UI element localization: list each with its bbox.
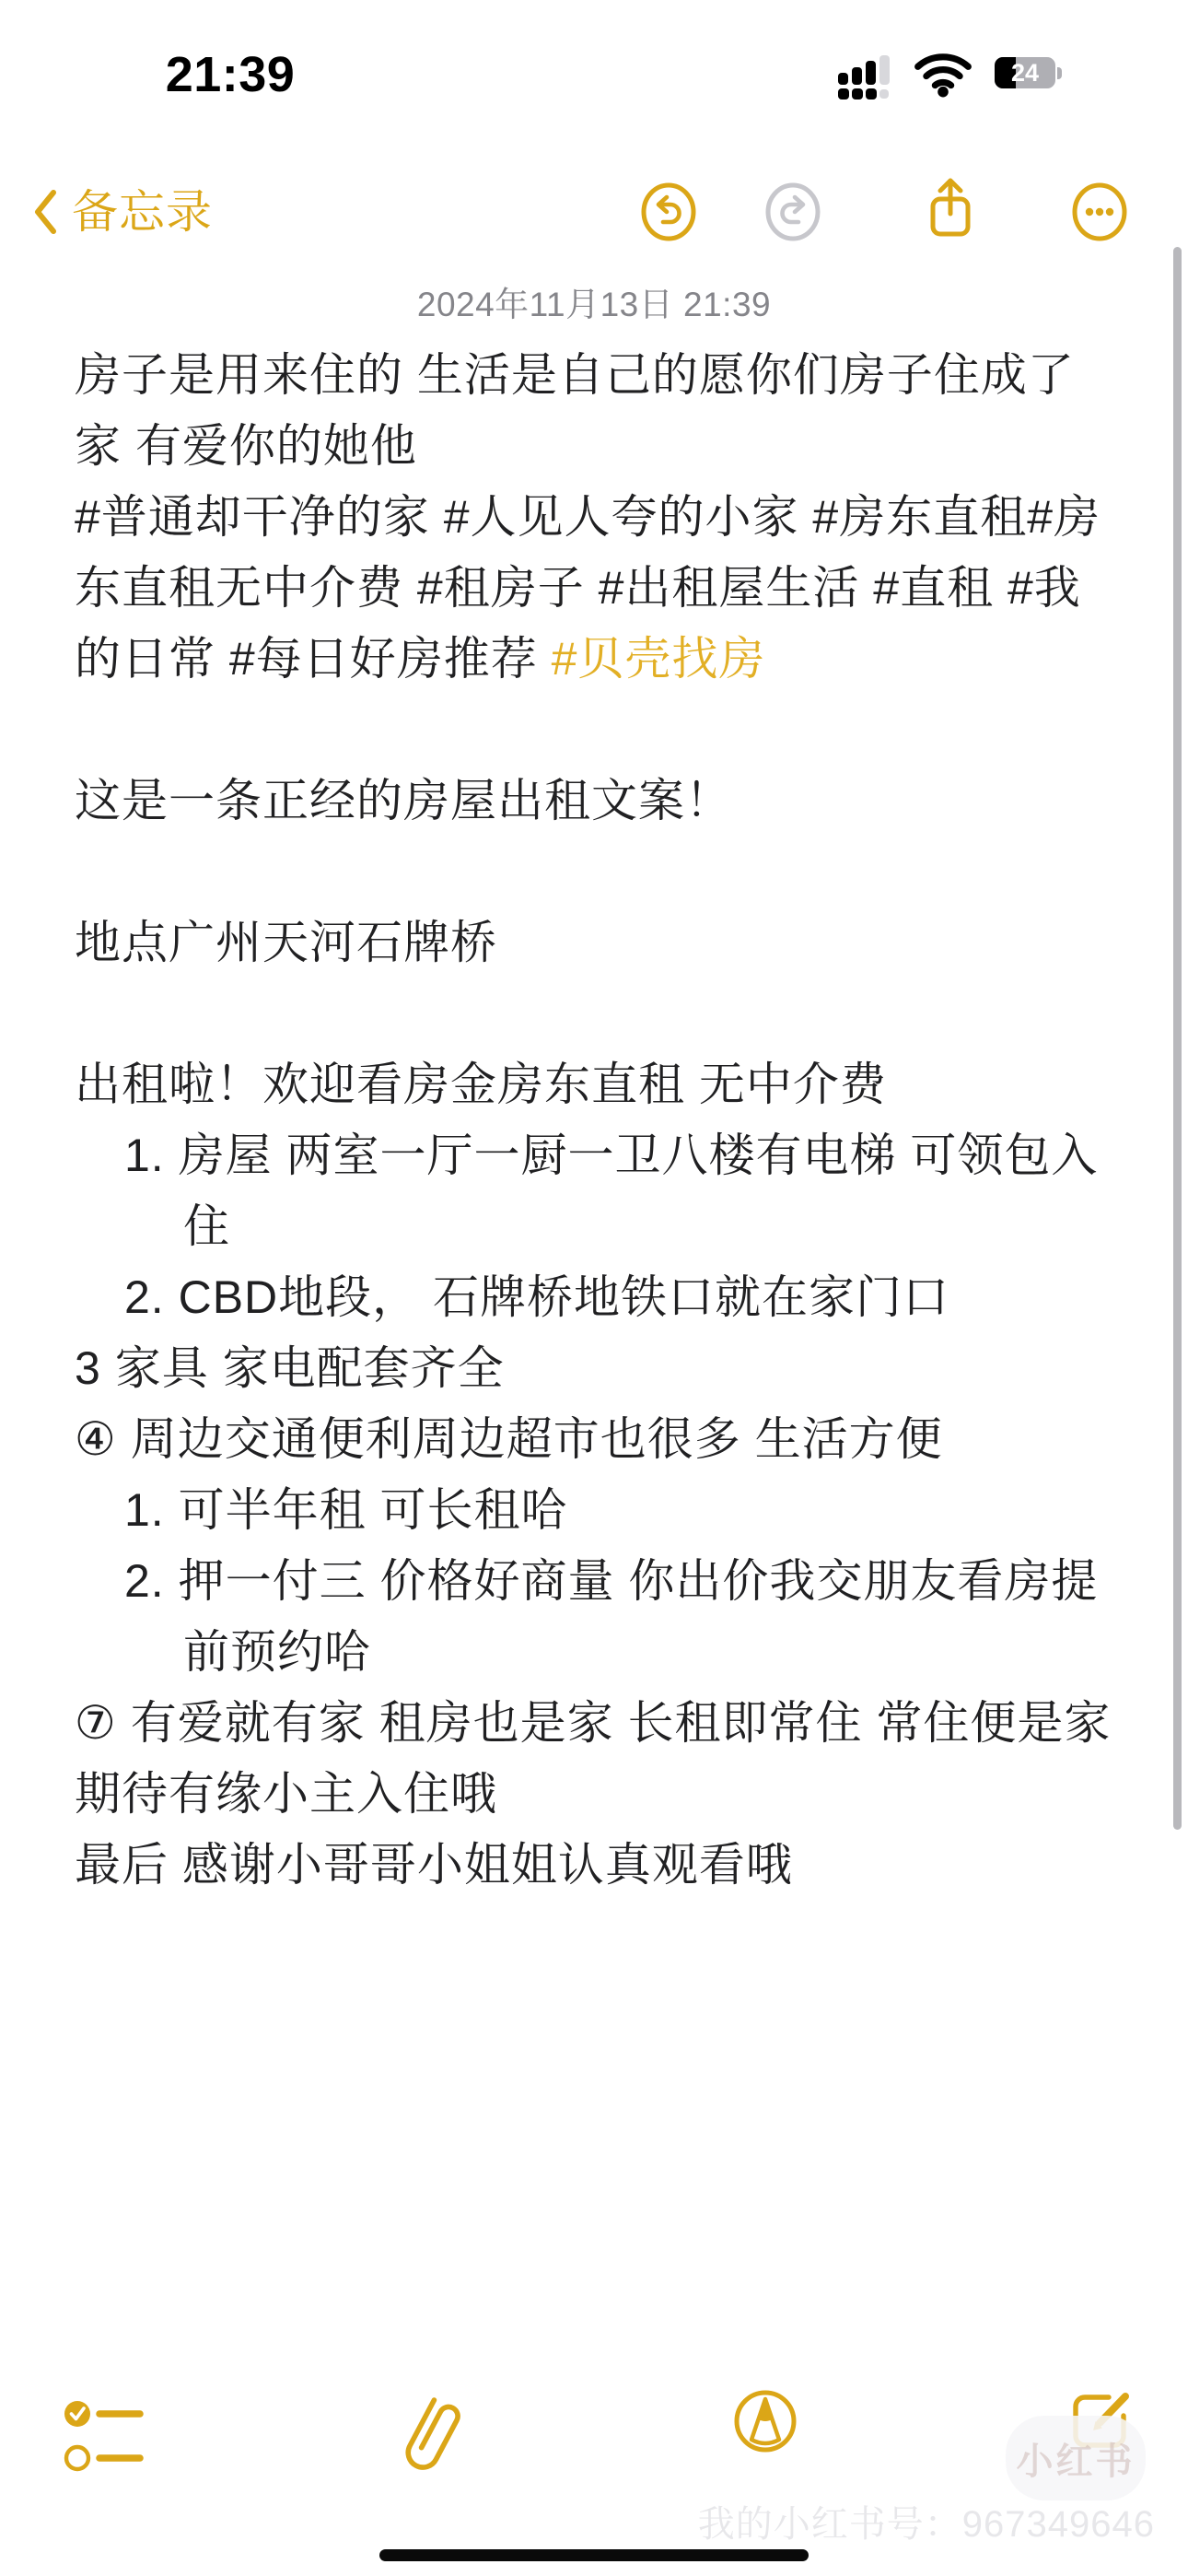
note-line bbox=[75, 837, 1134, 907]
note-text: 的日常 #每日好房推荐 bbox=[75, 633, 552, 685]
note-text: 前预约哈 bbox=[183, 1626, 371, 1678]
redo-button bbox=[760, 179, 826, 245]
back-chevron-icon bbox=[31, 188, 59, 236]
note-line: 东直租无中介费 #租房子 #出租屋生活 #直租 #我 bbox=[75, 553, 1134, 624]
note-text: 2. CBD地段， 石牌桥地铁口就在家门口 bbox=[124, 1271, 949, 1323]
battery-percent: 24 bbox=[995, 57, 1055, 88]
paperclip-icon bbox=[379, 2379, 483, 2495]
note-line: 地点广州天河石牌桥 bbox=[75, 907, 1134, 978]
note-text: ⑦ 有爱就有家 租房也是家 长租即常住 常住便是家 bbox=[75, 1697, 1111, 1749]
note-line: 出租啦！欢迎看房金房东直租 无中介费 bbox=[75, 1049, 1134, 1120]
ellipsis-icon bbox=[1066, 179, 1133, 245]
undo-button[interactable] bbox=[635, 179, 702, 245]
attachment-button[interactable] bbox=[378, 2379, 483, 2500]
note-line: 2. 押一付三 价格好商量 你出价我交朋友看房提 bbox=[75, 1546, 1134, 1617]
back-button-label[interactable]: 备忘录 bbox=[72, 187, 213, 237]
note-line: 3 家具 家电配套齐全 bbox=[75, 1333, 1134, 1404]
note-line: 1. 可半年租 可长租哈 bbox=[75, 1475, 1134, 1546]
back-button[interactable] bbox=[31, 188, 59, 236]
note-line: #普通却干净的家 #人见人夸的小家 #房东直租#房 bbox=[75, 482, 1134, 553]
note-text: 2. 押一付三 价格好商量 你出价我交朋友看房提 bbox=[124, 1555, 1098, 1607]
note-date: 2024年11月13日 21:39 bbox=[0, 276, 1188, 326]
checklist-button[interactable] bbox=[57, 2389, 160, 2488]
share-icon bbox=[917, 173, 984, 245]
share-button[interactable] bbox=[917, 173, 984, 240]
note-line bbox=[75, 695, 1134, 766]
note-text: 家 有爱你的她他 bbox=[75, 420, 417, 472]
scrollbar[interactable] bbox=[1173, 247, 1182, 1830]
note-line: 前预约哈 bbox=[75, 1617, 1134, 1688]
note-line: 家 有爱你的她他 bbox=[75, 411, 1134, 482]
note-text: 期待有缘小主入住哦 bbox=[75, 1768, 497, 1820]
note-line: 的日常 #每日好房推荐 #贝壳找房 bbox=[75, 624, 1134, 695]
note-text: #普通却干净的家 #人见人夸的小家 #房东直租#房 bbox=[75, 491, 1101, 543]
note-line: 最后 感谢小哥哥小姐姐认真观看哦 bbox=[75, 1830, 1134, 1901]
note-text: ④ 周边交通便利周边超市也很多 生活方便 bbox=[75, 1413, 943, 1465]
note-line: 这是一条正经的房屋出租文案！ bbox=[75, 766, 1134, 837]
note-text: 1. 房屋 两室一厅一厨一卫八楼有电梯 可领包入 bbox=[124, 1130, 1098, 1181]
note-line: 房子是用来住的 生活是自己的愿你们房子住成了 bbox=[75, 340, 1134, 411]
status-time: 21:39 bbox=[138, 46, 322, 103]
wifi-icon bbox=[914, 52, 973, 98]
note-text: 1. 可半年租 可长租哈 bbox=[124, 1484, 567, 1536]
battery-icon: 24 bbox=[995, 57, 1063, 88]
note-text: 3 家具 家电配套齐全 bbox=[75, 1342, 505, 1394]
note-text: 出租啦！欢迎看房金房东直租 无中介费 bbox=[75, 1059, 887, 1110]
note-line: 2. CBD地段， 石牌桥地铁口就在家门口 bbox=[75, 1262, 1134, 1333]
note-line: 1. 房屋 两室一厅一厨一卫八楼有电梯 可领包入 bbox=[75, 1120, 1134, 1191]
note-text: 最后 感谢小哥哥小姐姐认真观看哦 bbox=[75, 1839, 793, 1891]
checklist-icon bbox=[57, 2389, 160, 2483]
note-text: 房子是用来住的 生活是自己的愿你们房子住成了 bbox=[75, 349, 1075, 401]
note-line: 期待有缘小主入住哦 bbox=[75, 1759, 1134, 1830]
home-indicator[interactable] bbox=[379, 2549, 809, 2561]
xiaohongshu-id-watermark: 我的小红书号：967349646 bbox=[0, 2495, 1155, 2547]
xiaohongshu-badge-watermark: 小红书 bbox=[1006, 2416, 1146, 2500]
xiaohongshu-badge-label: 小红书 bbox=[1017, 2432, 1136, 2485]
cellular-signal-dual-icon bbox=[838, 50, 895, 101]
redo-icon bbox=[760, 179, 826, 245]
note-text: 这是一条正经的房屋出租文案！ bbox=[75, 775, 732, 826]
markup-pen-icon bbox=[729, 2388, 801, 2460]
more-options-button[interactable] bbox=[1066, 179, 1133, 245]
note-line: ⑦ 有爱就有家 租房也是家 长租即常住 常住便是家 bbox=[75, 1688, 1134, 1759]
hashtag-link[interactable]: #贝壳找房 bbox=[552, 633, 766, 685]
note-text: 地点广州天河石牌桥 bbox=[75, 917, 497, 968]
undo-icon bbox=[635, 179, 702, 245]
note-line bbox=[75, 978, 1134, 1049]
note-body[interactable]: 房子是用来住的 生活是自己的愿你们房子住成了家 有爱你的她他#普通却干净的家 #… bbox=[75, 340, 1134, 1901]
markup-button[interactable] bbox=[729, 2388, 801, 2465]
note-line: ④ 周边交通便利周边超市也很多 生活方便 bbox=[75, 1404, 1134, 1475]
note-text: 东直租无中介费 #租房子 #出租屋生活 #直租 #我 bbox=[75, 562, 1081, 614]
note-text: 住 bbox=[183, 1200, 230, 1252]
note-line: 住 bbox=[75, 1191, 1134, 1262]
